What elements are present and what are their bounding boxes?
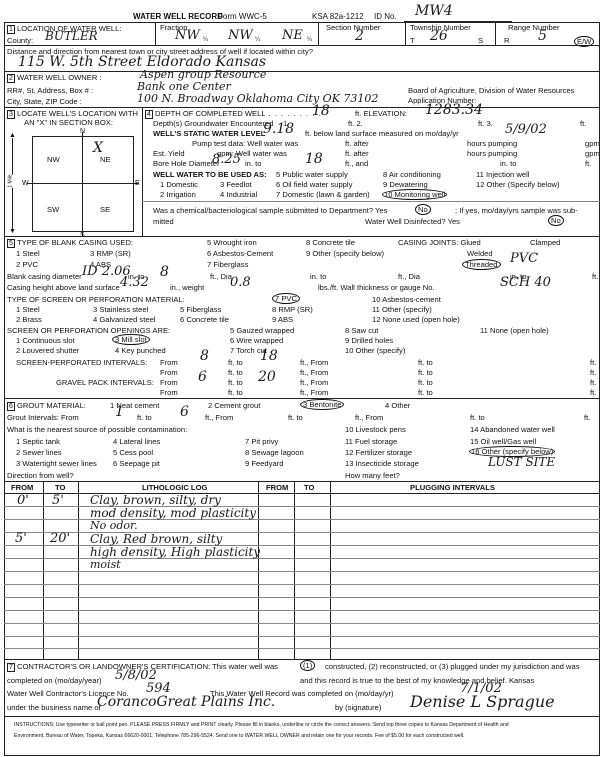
log-row-to[interactable]: 5' [52,493,64,508]
from: From [160,368,178,377]
range-ew[interactable]: E/W [574,36,594,47]
use-industrial[interactable]: 4 Industrial [220,190,257,199]
cert-tail: constructed, (2) reconstructed, or (3) p… [325,662,580,671]
ft: ft. [590,368,596,377]
source-lateral[interactable]: 4 Lateral lines [113,437,160,446]
ft-dia-2: ft., Dia [398,272,420,281]
bore-in-to-2: in. to [500,159,516,168]
signature-label: by (signature) [335,703,381,712]
how-many-feet-label: How many feet? [345,471,400,480]
use-injection[interactable]: 11 Injection well [476,170,529,179]
log-row-text[interactable]: moist [90,558,121,571]
bore-ft: ft. [585,159,591,168]
fraction-1[interactable]: NW [175,28,200,43]
city-value[interactable]: 100 N. Broadway Oklahoma City OK 73102 [137,92,378,105]
ft-to-2: ft. to [418,378,433,387]
depth-value[interactable]: 18 [312,103,330,119]
ft-to: ft. to [228,368,243,377]
section-box-grid[interactable] [32,136,134,232]
joint-clamped[interactable]: Clamped [530,238,560,247]
gravel-to-value[interactable]: 20 [258,369,276,385]
cert-option-constructed[interactable]: (1) [300,660,315,671]
business-name-label: under the business name of [7,703,101,712]
township-s: S [478,36,483,45]
static-level-value[interactable]: 9.18 [263,121,294,137]
casing-other[interactable]: 9 Other (specify below) [306,249,384,258]
log-row-text[interactable]: No odor. [90,519,138,532]
opening-mill-slot[interactable]: 3 Mill slot [112,334,150,345]
gw-2: ft. 2. [348,119,363,128]
grout-cement-grout[interactable]: 2 Cement grout [208,401,260,410]
completed-label: completed on (mo/day/year) [7,676,102,685]
screen-stainless[interactable]: 3 Stainless steel [93,305,148,314]
col-plug-from: FROM [266,483,288,492]
hours-pumping: hours pumping [467,139,517,148]
col-to: TO [55,483,65,492]
section-number-value[interactable]: 2 [355,28,364,44]
opening-saw[interactable]: 8 Saw cut [345,326,378,335]
casing-height-value[interactable]: 4.32 [120,275,149,290]
ft-to-2: ft. to [418,368,433,377]
screen-asbestos[interactable]: 10 Asbestos-cement [372,295,441,304]
ft-from: ft., From [300,388,328,397]
instructions-line-1: INSTRUCTIONS: Use typewriter or ball poi… [14,722,509,728]
screen-intervals-label: SCREEN-PERFORATED INTERVALS: [16,358,147,367]
ft-to: ft. to [228,388,243,397]
source-watertight[interactable]: 3 Watertight sewer lines [16,459,97,468]
ksa-ref: KSA 82a-1212 [312,12,364,21]
city-label: City, State, ZIP Code : [7,97,82,106]
opening-none[interactable]: 11 None (open hole) [480,326,549,335]
se-quadrant: SE [100,205,110,214]
use-dewatering[interactable]: 9 Dewatering [383,180,428,189]
ft-from-2: ft., From [355,413,383,422]
log-row-text[interactable]: Clay, brown, silty, dry [90,493,221,507]
wall-thickness-label: lbs./ft. Wall thickness or gauge No. [318,283,435,292]
source-pit-privy[interactable]: 7 Pit privy [245,437,278,446]
ft-from: ft., From [300,378,328,387]
casing-concrete[interactable]: 8 Concrete tile [306,238,355,247]
use-irrigation[interactable]: 2 Irrigation [160,190,196,199]
screen-to-value[interactable]: 18 [260,348,278,364]
use-feedlot[interactable]: 3 Feedlot [220,180,252,189]
col-lithologic-log: LITHOLOGIC LOG [142,483,207,492]
gravel-from-value[interactable]: 6 [198,369,207,385]
use-oil-field[interactable]: 6 Oil field water supply [276,180,352,189]
signature[interactable]: Denise L Sprague [410,692,555,711]
casing-rmp[interactable]: 3 RMP (SR) [90,249,131,258]
section-4-header: 4DEPTH OF COMPLETED WELL . . . . . . . .… [145,109,322,119]
instructions-line-2: Environment, Bureau of Water, Topeka, Ka… [14,733,464,739]
ft: ft. [590,388,596,397]
gw-ft: ft. [580,119,586,128]
sample-no[interactable]: No [415,204,431,215]
section-5-header: 5TYPE OF BLANK CASING USED: [7,238,133,248]
bore-diameter-value[interactable]: 8.25 [212,152,241,167]
disinfected-question: Water Well Disinfected? Yes [365,217,460,226]
arrow-up-icon: ▲ [9,132,16,139]
log-row-from[interactable]: 0' [17,493,29,508]
ft-to: ft. to [228,378,243,387]
from: From [160,388,178,397]
screen-other[interactable]: 11 Other (specify) [372,305,432,314]
range-value[interactable]: 5 [538,28,547,44]
opening-key-punched[interactable]: 4 Key punched [115,346,166,355]
arrow-down-icon: ▼ [9,228,16,235]
direction-label: Direction from well? [7,471,74,480]
source-abandoned-well[interactable]: 14 Abandoned water well [470,425,555,434]
use-air-conditioning[interactable]: 8 Air conditioning [383,170,441,179]
township-value[interactable]: 26 [430,28,448,44]
static-level-label: WELL'S STATIC WATER LEVEL [153,129,265,138]
ft-to-2: ft. to [418,358,433,367]
use-other[interactable]: 12 Other (Specify below) [476,180,560,189]
opening-other[interactable]: 10 Other (specify) [345,346,405,355]
use-public[interactable]: 5 Public water supply [276,170,348,179]
ft-to-2: ft. to [418,388,433,397]
board-text: Board of Agriculture, Division of Water … [408,86,574,95]
use-domestic[interactable]: 1 Domestic [160,180,198,189]
east-label: E [135,180,140,187]
joint-threaded[interactable]: Threaded [462,259,501,270]
source-oil-gas-well[interactable]: 15 Oil well/Gas well [470,437,536,446]
log-row-from[interactable]: 5' [15,531,27,546]
address-label: RR#, St. Address, Box # : [7,86,93,95]
casing-steel[interactable]: 1 Steel [16,249,40,258]
ft-from: ft., From [205,413,233,422]
grout-from-value[interactable]: 1 [115,404,124,420]
quarter-mark: ¼ [203,37,208,43]
well-location-mark[interactable]: X [93,140,103,156]
weight-label: in., weight [170,283,204,292]
grout-other[interactable]: 4 Other [385,401,410,410]
source-fuel[interactable]: 11 Fuel storage [345,437,397,446]
quarter-mark: ¼ [255,37,260,43]
bore-to-value[interactable]: 18 [305,151,323,167]
wall-thickness-value[interactable]: SCH 40 [500,275,551,290]
sample-question: Was a chemical/bacteriological sample su… [153,206,387,215]
ft-from: ft., From [300,358,328,367]
ft-from: ft., From [300,368,328,377]
ft-to-2: ft. to [288,413,303,422]
casing-fiberglass[interactable]: 7 Fiberglass [207,260,248,269]
opening-continuous[interactable]: 1 Continuous slot [16,336,75,345]
section-6-header: 6GROUT MATERIAL: [7,401,86,411]
log-row-text[interactable]: high density, High plasticity [90,545,260,559]
ne-quadrant: NE [100,155,111,164]
west-label: W [22,180,29,187]
static-level-suffix: ft. below land surface measured on mo/da… [305,129,459,138]
screen-galvanized[interactable]: 4 Galvanized steel [93,315,155,324]
id-label: ID No. [374,12,397,21]
opening-louvered[interactable]: 2 Louvered shutter [16,346,79,355]
casing-joints-label: CASING JOINTS: Glued [398,238,481,247]
bore-ft-and: ft., and [345,159,368,168]
mile-label: 1 Mile [8,174,14,187]
source-sewer[interactable]: 2 Sewer lines [16,448,62,457]
ft: ft. [590,378,596,387]
section-2-header: 2WATER WELL OWNER : [7,73,102,83]
elevation-label: ft. ELEVATION: [355,109,407,118]
ft-end: ft. [592,272,598,281]
source-livestock[interactable]: 10 Livestock pens [345,425,406,434]
grout-intervals-label: Grout Intervals: From [7,413,79,422]
log-row-to[interactable]: 20' [50,531,70,546]
county-label: County: [7,36,33,45]
gpm: gpm [585,149,600,158]
ft-to: ft. to [137,413,152,422]
sample-mitted: mitted [153,217,174,226]
opening-drilled[interactable]: 9 Drilled holes [345,336,393,345]
ft-after: ft. after [345,139,369,148]
fraction-3[interactable]: NE [282,28,303,43]
north-label: N [80,128,85,135]
screen-material-title: TYPE OF SCREEN OR PERFORATION MATERIAL: [7,295,185,304]
source-cess-pool[interactable]: 5 Cess pool [113,448,153,457]
id-value[interactable]: MW4 [415,3,453,19]
opening-gauzed[interactable]: 5 Gauzed wrapped [230,326,294,335]
casing-to-value[interactable]: 8 [160,264,169,280]
form-title: WATER WELL RECORD [133,12,223,21]
screen-steel[interactable]: 1 Steel [16,305,40,314]
screen-brass[interactable]: 2 Brass [16,315,42,324]
contamination-question: What is the nearest source of possible c… [7,425,187,434]
source-insecticide[interactable]: 13 Insecticide storage [345,459,419,468]
yield-label: Est. Yield [153,149,185,158]
opening-wire[interactable]: 6 Wire wrapped [230,336,283,345]
groundwater-label: Depth(s) Groundwater Encountered [153,119,273,128]
casing-wrought-iron[interactable]: 5 Wrought iron [207,238,257,247]
screen-from-value[interactable]: 8 [200,348,209,364]
casing-asbestos[interactable]: 6 Asbestos-Cement [207,249,273,258]
screen-abs[interactable]: 9 ABS [272,315,293,324]
log-row-text[interactable]: mod density, mod plasticity [90,506,256,520]
col-from: FROM [11,483,33,492]
casing-height-label: Casing height above land surface [7,283,120,292]
sw-quadrant: SW [47,205,59,214]
casing-pvc[interactable]: 2 PVC [16,260,38,269]
township-t: T [410,36,415,45]
gw-3: ft. 3. [478,119,493,128]
range-r: R [504,36,509,45]
sample-tail: ; If yes, mo/day/yrs sample was sub- [455,206,578,215]
ft-dia: ft., Dia [210,272,232,281]
elevation-value[interactable]: 1283.34 [425,102,483,118]
in-to-2: in. to [310,272,326,281]
screen-none[interactable]: 12 None used (open hole) [372,315,460,324]
static-level-date[interactable]: 5/9/02 [505,122,547,137]
col-plug-to: TO [304,483,314,492]
ft-end: ft. [584,413,590,422]
col-plugging-intervals: PLUGGING INTERVALS [410,483,495,492]
from: From [160,358,178,367]
source-sewage-lagoon[interactable]: 8 Sewage lagoon [245,448,304,457]
pump-test-label: Pump test data: Well water was [192,139,298,148]
screen-pvc[interactable]: 7 PVC [272,293,300,304]
screen-concrete[interactable]: 6 Concrete tile [180,315,229,324]
ft: ft. [590,358,596,367]
fraction-2[interactable]: NW [228,28,253,43]
source-other-value[interactable]: LUST SITE [488,455,555,469]
source-septic[interactable]: 1 Septic tank [16,437,60,446]
range-label: Range Number [508,23,560,32]
disinfected-no[interactable]: No [548,215,564,226]
gravel-intervals-label: GRAVEL PACK INTERVALS: [56,378,154,387]
section-number-label: Section Number [326,23,380,32]
business-name-value[interactable]: CorancoGreat Plains Inc. [97,694,275,710]
source-feedyard[interactable]: 9 Feedyard [245,459,283,468]
bore-in-to: in. to [245,159,261,168]
joint-welded[interactable]: Welded [467,249,493,258]
joint-value[interactable]: PVC [510,251,538,266]
use-lawn[interactable]: 7 Domestic (lawn & garden) [276,190,370,199]
use-monitoring[interactable]: 10 Monitoring well [382,189,447,200]
source-seepage[interactable]: 6 Seepage pit [113,459,160,468]
from: From [160,378,178,387]
log-row-text[interactable]: Clay, Red brown, silty [90,532,222,546]
source-fertilizer[interactable]: 12 Fertilizer storage [345,448,412,457]
screen-rmp[interactable]: 8 RMP (SR) [272,305,313,314]
nw-quadrant: NW [47,155,60,164]
form-number: Form WWC-5 [218,12,267,21]
casing-diameter-label: Blank casing diameter [7,272,82,281]
section-3-subtitle: AN "X" IN SECTION BOX: [24,118,113,127]
hours-pumping: hours pumping [467,149,517,158]
bore-label: Bore Hole Diameter [153,159,220,168]
use-title: WELL WATER TO BE USED AS: [153,170,267,179]
ft-after: ft. after [345,149,369,158]
grout-bentonite[interactable]: 3 Bentonite [300,399,344,410]
screen-fiberglass[interactable]: 5 Fiberglass [180,305,221,314]
ft-to-3: ft. to [470,413,485,422]
quarter-mark: ¼ [307,37,312,43]
grout-to-value[interactable]: 6 [180,404,189,420]
ft-to: ft. to [228,358,243,367]
gpm: gpm [585,139,600,148]
weight-value[interactable]: 0.8 [230,275,251,290]
county-value[interactable]: BUTLER [45,29,98,43]
